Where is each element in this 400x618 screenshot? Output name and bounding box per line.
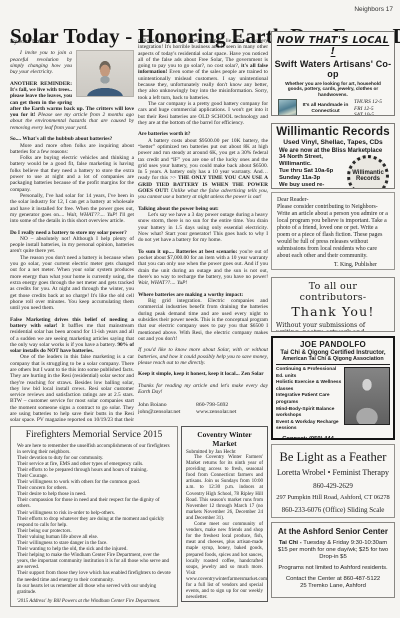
article-paragraph: To sum it up.... Batteries at best scena… xyxy=(138,249,268,287)
association-name: American Tai Chi & Qigong Association xyxy=(276,356,390,365)
memorial-attribution: '2015 Address' by Bill Powers at the Win… xyxy=(17,599,171,604)
memorial-line: In our hearts let us remember all those … xyxy=(17,583,171,595)
memorial-line: Their helping to make the Windham Center… xyxy=(17,552,171,570)
article-column-left: By John Boiano I invite you to join a pe… xyxy=(10,39,134,424)
memorial-line: Their efforts to drop whatever they are … xyxy=(17,516,171,528)
office-phone-line: 860-233-6076 (Office) Sliding Scale xyxy=(274,506,392,514)
bold-run: To sum it up.... Batteries at best scena… xyxy=(138,249,237,255)
article-paragraph: More and more often folks are inquiring … xyxy=(10,143,134,156)
program-line: Tai Chi - Tuesday & Friday 9:30-10:30am xyxy=(274,540,392,547)
hours-item: FRI 12-5 xyxy=(354,106,388,113)
business-name: Swift Waters Artisans' Co-op xyxy=(274,59,392,79)
service-item: Holistic Exercise & Wellness classes xyxy=(276,380,342,393)
ad-headline: At the Ashford Senior Center xyxy=(274,527,392,536)
author-contact-block: John Boiano860-798-5692 john@zensolar.ne… xyxy=(138,402,268,415)
text-run: Tuesday & Friday 9:30-10:30am xyxy=(303,540,387,546)
memorial-title: Firefighters Memorial Service 2015 xyxy=(17,430,171,440)
thanks-body: Without your submissions of writing, poe… xyxy=(276,322,390,332)
market-paragraph: The Coventry Winter Farmers' Market retu… xyxy=(186,455,263,522)
ad-headline: Be Light as a Feather xyxy=(274,450,392,465)
memorial-line: We are here to remember the unselfish ac… xyxy=(17,443,171,455)
record-stamp-logo: Willimantic Records xyxy=(347,155,389,189)
ad-ashford-senior-center: At the Ashford Senior Center Tai Chi - T… xyxy=(271,522,395,598)
article-paragraph: Personally, I've had solar for 14 years,… xyxy=(10,193,134,224)
contact-line: Contact the Center at 860-487-5122 xyxy=(274,576,392,583)
market-paragraph: Come meet our community of vendors, make… xyxy=(186,522,263,601)
article-paragraph: NO – absolutely not! Although I help ple… xyxy=(10,236,134,255)
market-title: Coventry Winter Market xyxy=(186,430,263,448)
hours-line: Sunday 11a-3p xyxy=(279,175,347,182)
ad-joe-pandolfo: JOE PANDOLFO Tai Chi & Qigong Certified … xyxy=(271,336,395,440)
address-line: Willimantic. xyxy=(279,161,347,168)
ad-swift-waters: NOW THAT'S LOCAL ! Swift Waters Artisans… xyxy=(271,31,395,116)
article-thanks: Thanks for reading my article and let's … xyxy=(138,383,268,396)
article-paragraph: One of the leaders in this false marketi… xyxy=(10,354,134,424)
article-paragraph: policies, they and others simply lie abo… xyxy=(138,38,268,101)
business-name: Willimantic Records xyxy=(275,126,391,138)
article-paragraph: Folks are buying electric vehicles and t… xyxy=(10,155,134,193)
article-paragraph: Let's say we have a 3 day power outage d… xyxy=(138,212,268,243)
hours-item: SAT 10-5 xyxy=(354,112,388,116)
publisher-note: Dear Reader- Please consider contributin… xyxy=(271,192,395,270)
address-line: 34 North Street, xyxy=(279,154,347,161)
ad-subtitle: Used Vinyl, Shellac, Tapes, CDs xyxy=(275,139,391,146)
article-byline: By John Boiano xyxy=(10,39,134,45)
note-body: Write an article about a person you admi… xyxy=(277,211,389,260)
therapist-name: Loretta Wrobel • Feminist Therapy xyxy=(274,468,392,477)
firefighters-memorial-box: Firefighters Memorial Service 2015 We ar… xyxy=(10,426,178,607)
service-item: Continuing & Professional Ed. units xyxy=(276,367,342,380)
logo-text: Records xyxy=(356,176,380,183)
ad-body: Continuing & Professional Ed. units Holi… xyxy=(276,367,390,440)
coventry-market-box: Coventry Winter Market Submitted by Jan … xyxy=(181,426,268,602)
author-website: www.zensolar.net xyxy=(196,409,236,415)
hours-line: Tue thru Sat 10a-6p xyxy=(279,168,347,175)
ad-details: 34 North Street, Willimantic. Tue thru S… xyxy=(279,154,347,189)
services-block: Continuing & Professional Ed. units Holi… xyxy=(276,367,342,440)
ad-tagline: Whether you are looking for art, househo… xyxy=(274,81,392,98)
newspaper-page: Solar Today - Honoring Earth Day Every D… xyxy=(0,0,400,618)
section-heading: Do I really need a battery to store my s… xyxy=(10,230,134,236)
article-paragraph: Big grid integration. Electric companies… xyxy=(138,298,268,342)
service-item: Event & Workday Recharge sessions xyxy=(276,420,342,433)
note-line: Programs not limited to Ashford resident… xyxy=(274,565,392,572)
ad-headline: NOW THAT'S LOCAL ! xyxy=(274,35,392,57)
italic-run: Wait, WHAT??.... YuP! xyxy=(66,212,117,218)
buy-note: We buy used re- xyxy=(279,182,347,189)
article-paragraph: False Marketing drives this belief of ne… xyxy=(10,317,134,355)
salutation: Dear Reader- xyxy=(277,197,389,204)
price-line: Drop-in $5 xyxy=(274,554,392,561)
article-slogan: Keep it simple, keep it honest, keep it … xyxy=(138,371,268,377)
ad-column: NOW THAT'S LOCAL ! Swift Waters Artisans… xyxy=(271,0,395,618)
ad-loretta-wrobel: Be Light as a Feather Loretta Wrobel • F… xyxy=(271,444,395,518)
article-paragraph: The car company is a pretty good battery… xyxy=(138,101,268,126)
italic-run: Wait, WHAT??.... YuP! xyxy=(138,280,187,286)
article-note: If you'd like to know more about Solar, … xyxy=(138,347,268,366)
article-column-middle: policies, they and others simply lie abo… xyxy=(138,38,268,422)
author-email: john@zensolar.net xyxy=(138,409,196,415)
hours-list: THURS 12-5 FRI 12-5 SAT 10-5 SUN 12-4 xyxy=(354,99,388,116)
service-item: Integrative Patient Care programs xyxy=(276,393,342,406)
publisher-signature: T. King, Publisher xyxy=(277,262,389,269)
contributors-thank-you: To all our contributors- Thank You! With… xyxy=(271,277,395,332)
handmade-note: It's all Handmade in Connecticut xyxy=(297,99,354,115)
price-line: $15 per month for one day/wk; $25 for tw… xyxy=(274,547,392,554)
author-photo xyxy=(76,50,134,97)
memorial-line: Their compassion for those in need and t… xyxy=(17,497,171,509)
instructor-name: JOE PANDOLFO xyxy=(276,340,390,349)
instructor-photo xyxy=(344,367,390,425)
memorial-line: Their support from those they love which… xyxy=(17,570,171,582)
ad-body: It's all Handmade in Connecticut THURS 1… xyxy=(274,99,392,116)
note-line: Please consider contributing to Neighbor… xyxy=(277,204,389,211)
article-paragraph: The reason you don't need a battery is b… xyxy=(10,255,134,312)
service-item: Mind-Body-Spirit Balance workshops xyxy=(276,407,342,420)
storefront-painting-image xyxy=(278,99,297,116)
contact-row: john@zensolar.netwww.zensolar.net xyxy=(138,409,268,415)
phone-line: 860-429-2629 xyxy=(274,482,392,490)
phone-line: Connect: (959) 444-3979 xyxy=(276,436,342,440)
address-line: 25 Tremko Lane, Ashford xyxy=(274,583,392,590)
thanks-line: To all our contributors- xyxy=(276,281,390,303)
bold-run: Tai Chi - xyxy=(279,540,302,546)
address-line: 297 Pumpkin Hill Road, Ashford, CT 06278 xyxy=(274,494,392,501)
thanks-headline: Thank You! xyxy=(276,304,390,319)
ad-body: 34 North Street, Willimantic. Tue thru S… xyxy=(275,154,391,189)
hours-item: THURS 12-5 xyxy=(354,99,388,106)
ad-willimantic-records: Willimantic Records Used Vinyl, Shellac,… xyxy=(271,123,395,189)
article-paragraph: A battery costs about $9500.00 per 10K b… xyxy=(138,138,268,201)
